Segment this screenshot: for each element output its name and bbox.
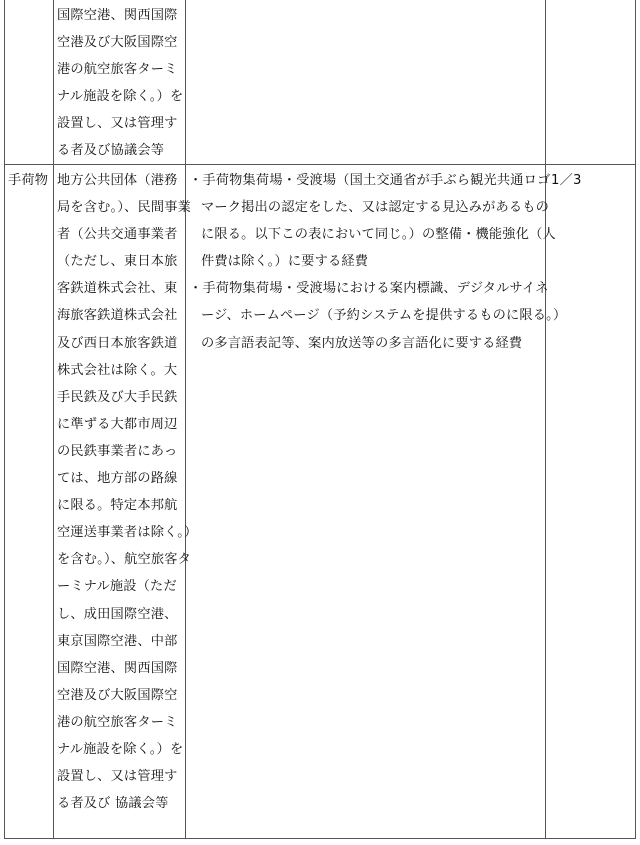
entity-line: る者及び 協議会等 [57, 790, 183, 817]
item-line: の多言語表記等、案内放送等の多言語化に要する経費 [189, 330, 543, 357]
row-1-entity: 地方公共団体（港務 局を含む。）、民間事業 者（公共交通事業者 （ただし、東日本… [57, 167, 183, 817]
item-line: 件費は除く。）に要する経費 [189, 248, 543, 275]
entity-line: を含む。）、航空旅客タ [57, 546, 183, 573]
entity-line: ナル施設を除く。）を [57, 736, 183, 763]
entity-line: 港の航空旅客ターミ [57, 709, 183, 736]
entity-line: 地方公共団体（港務 [57, 167, 183, 194]
entity-line: （ただし、東日本旅 [57, 248, 183, 275]
entity-line: 海旅客鉄道株式会社 [57, 302, 183, 329]
row-1-items: ・手荷物集荷場・受渡場（国土交通省が手ぶら観光共通ロゴ マーク掲出の認定をした、… [189, 167, 543, 357]
entity-line: 空港及び大阪国際空 [57, 29, 183, 56]
table-border-bottom [4, 838, 636, 839]
item-line: マーク掲出の認定をした、又は認定する見込みがあるもの [189, 194, 543, 221]
entity-line: し、成田国際空港、 [57, 601, 183, 628]
column-divider-items [185, 0, 186, 839]
entity-line: 空港及び大阪国際空 [57, 682, 183, 709]
entity-line: ナル施設を除く。）を [57, 83, 183, 110]
entity-line: 局を含む。）、民間事業 [57, 194, 183, 221]
item-line: ージ、ホームページ（予約システムを提供するものに限る。） [189, 302, 543, 329]
item-line: ・手荷物集荷場・受渡場（国土交通省が手ぶら観光共通ロゴ [189, 167, 543, 194]
entity-line: に準ずる大都市周辺 [57, 411, 183, 438]
entity-line: る者及び協議会等 [57, 137, 183, 164]
row-0-entity: 国際空港、関西国際 空港及び大阪国際空 港の航空旅客ターミ ナル施設を除く。）を… [57, 2, 183, 165]
row-1-rate: 1／3 [551, 167, 631, 194]
entity-line: ては、地方部の路線 [57, 465, 183, 492]
item-line: に限る。以下この表において同じ。）の整備・機能強化（人 [189, 221, 543, 248]
entity-line: 東京国際空港、中部 [57, 628, 183, 655]
table-border-left [4, 0, 5, 839]
row-1-category: 手荷物 [8, 167, 54, 194]
eligible-expense-item: ・手荷物集荷場・受渡場における案内標識、デジタルサイネ ージ、ホームページ（予約… [189, 275, 543, 356]
column-divider-entity [53, 0, 54, 839]
entity-line: 設置し、又は管理す [57, 763, 183, 790]
entity-line: 港の航空旅客ターミ [57, 56, 183, 83]
entity-line: 及び西日本旅客鉄道 [57, 330, 183, 357]
item-line: ・手荷物集荷場・受渡場における案内標識、デジタルサイネ [189, 275, 543, 302]
entity-line: 客鉄道株式会社、東 [57, 275, 183, 302]
entity-line: 手民鉄及び大手民鉄 [57, 384, 183, 411]
table-border-right [635, 0, 636, 839]
entity-line: 空運送事業者は除く。） [57, 519, 183, 546]
entity-line: 国際空港、関西国際 [57, 655, 183, 682]
entity-line: 株式会社は除く。大 [57, 357, 183, 384]
entity-line: の民鉄事業者にあっ [57, 438, 183, 465]
entity-line: に限る。特定本邦航 [57, 492, 183, 519]
column-divider-rate [545, 0, 546, 839]
eligible-expense-item: ・手荷物集荷場・受渡場（国土交通省が手ぶら観光共通ロゴ マーク掲出の認定をした、… [189, 167, 543, 275]
entity-line: 国際空港、関西国際 [57, 2, 183, 29]
entity-line: 者（公共交通事業者 [57, 221, 183, 248]
entity-line: 設置し、又は管理す [57, 110, 183, 137]
entity-line: ーミナル施設（ただ [57, 573, 183, 600]
